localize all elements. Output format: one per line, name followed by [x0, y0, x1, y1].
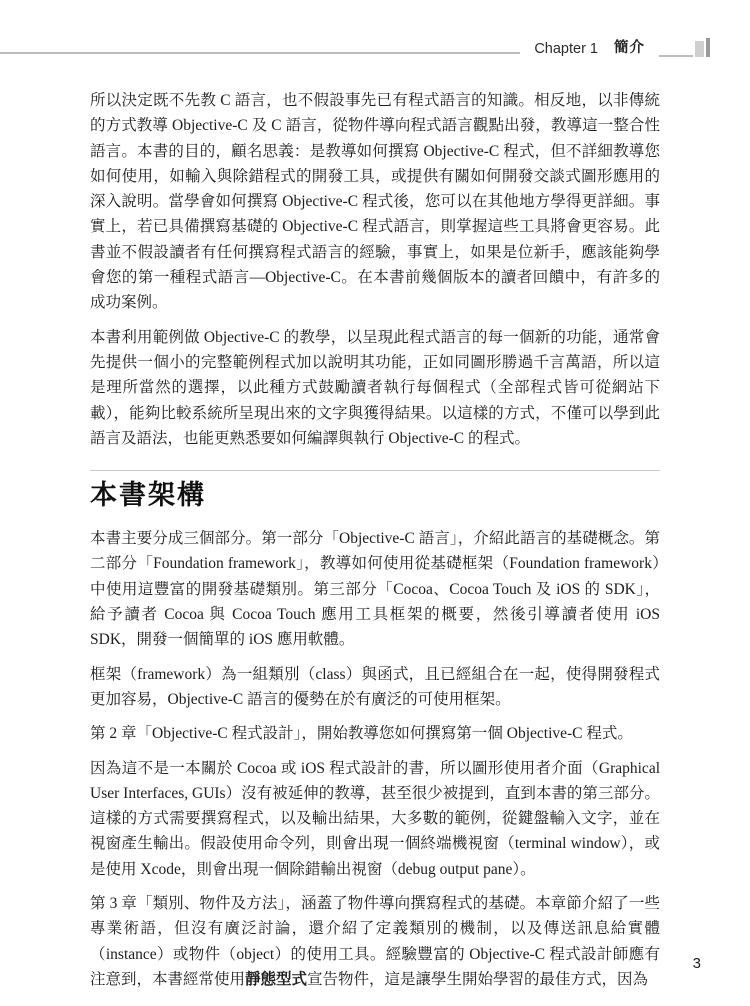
- paragraph: 本書利用範例做 Objective-C 的教學，以呈現此程式語言的每一個新的功能…: [90, 325, 660, 451]
- text-run: 因為這不是一本關於 Cocoa 或 iOS 程式設計的書，所以圖形使用者介面（G…: [90, 760, 660, 878]
- paragraph: 第 3 章「類別、物件及方法」，涵蓋了物件導向撰寫程式的基礎。本章節介紹了一些專…: [90, 891, 660, 992]
- paragraph: 所以決定既不先教 C 語言，也不假設事先已有程式語言的知識。相反地，以非傳統的方…: [90, 88, 660, 316]
- text-run: 所以決定既不先教 C 語言，也不假設事先已有程式語言的知識。相反地，以非傳統的方…: [90, 92, 660, 311]
- tab-bar-light: [695, 41, 704, 57]
- text-run: 本書主要分成三個部分。第一部分「Objective-C 語言」，介紹此語言的基礎…: [90, 530, 660, 648]
- tab-stub-line: [659, 55, 693, 57]
- section-heading: 本書架構: [90, 478, 660, 512]
- tab-bar-dark: [706, 38, 710, 57]
- text-run: 第 2 章「Objective-C 程式設計」，開始教導您如何撰寫第一個 Obj…: [90, 725, 633, 742]
- text-run: 框架（framework）為一組類別（class）與函式，且已經組合在一起，使得…: [90, 666, 660, 708]
- chapter-title: 簡介: [614, 36, 645, 57]
- chapter-label: Chapter 1: [534, 41, 598, 57]
- chapter-tab-icon: [659, 38, 710, 57]
- page-header: Chapter 1 簡介: [0, 36, 710, 57]
- text-run: 宣告物件，這是讓學生開始學習的最佳方式，因為: [307, 971, 648, 988]
- paragraph: 本書主要分成三個部分。第一部分「Objective-C 語言」，介紹此語言的基礎…: [90, 526, 660, 652]
- paragraph: 因為這不是一本關於 Cocoa 或 iOS 程式設計的書，所以圖形使用者介面（G…: [90, 756, 660, 882]
- header-rule: [0, 52, 520, 54]
- paragraph: 框架（framework）為一組類別（class）與函式，且已經組合在一起，使得…: [90, 662, 660, 713]
- book-page: Chapter 1 簡介 所以決定既不先教 C 語言，也不假設事先已有程式語言的…: [0, 0, 750, 1006]
- bold-term: 靜態型式: [245, 971, 307, 988]
- page-number: 3: [693, 955, 701, 972]
- section-heading-block: 本書架構: [90, 470, 660, 512]
- document-content: 所以決定既不先教 C 語言，也不假設事先已有程式語言的知識。相反地，以非傳統的方…: [90, 88, 660, 1001]
- text-run: 本書利用範例做 Objective-C 的教學，以呈現此程式語言的每一個新的功能…: [90, 329, 660, 447]
- paragraph: 第 2 章「Objective-C 程式設計」，開始教導您如何撰寫第一個 Obj…: [90, 721, 660, 746]
